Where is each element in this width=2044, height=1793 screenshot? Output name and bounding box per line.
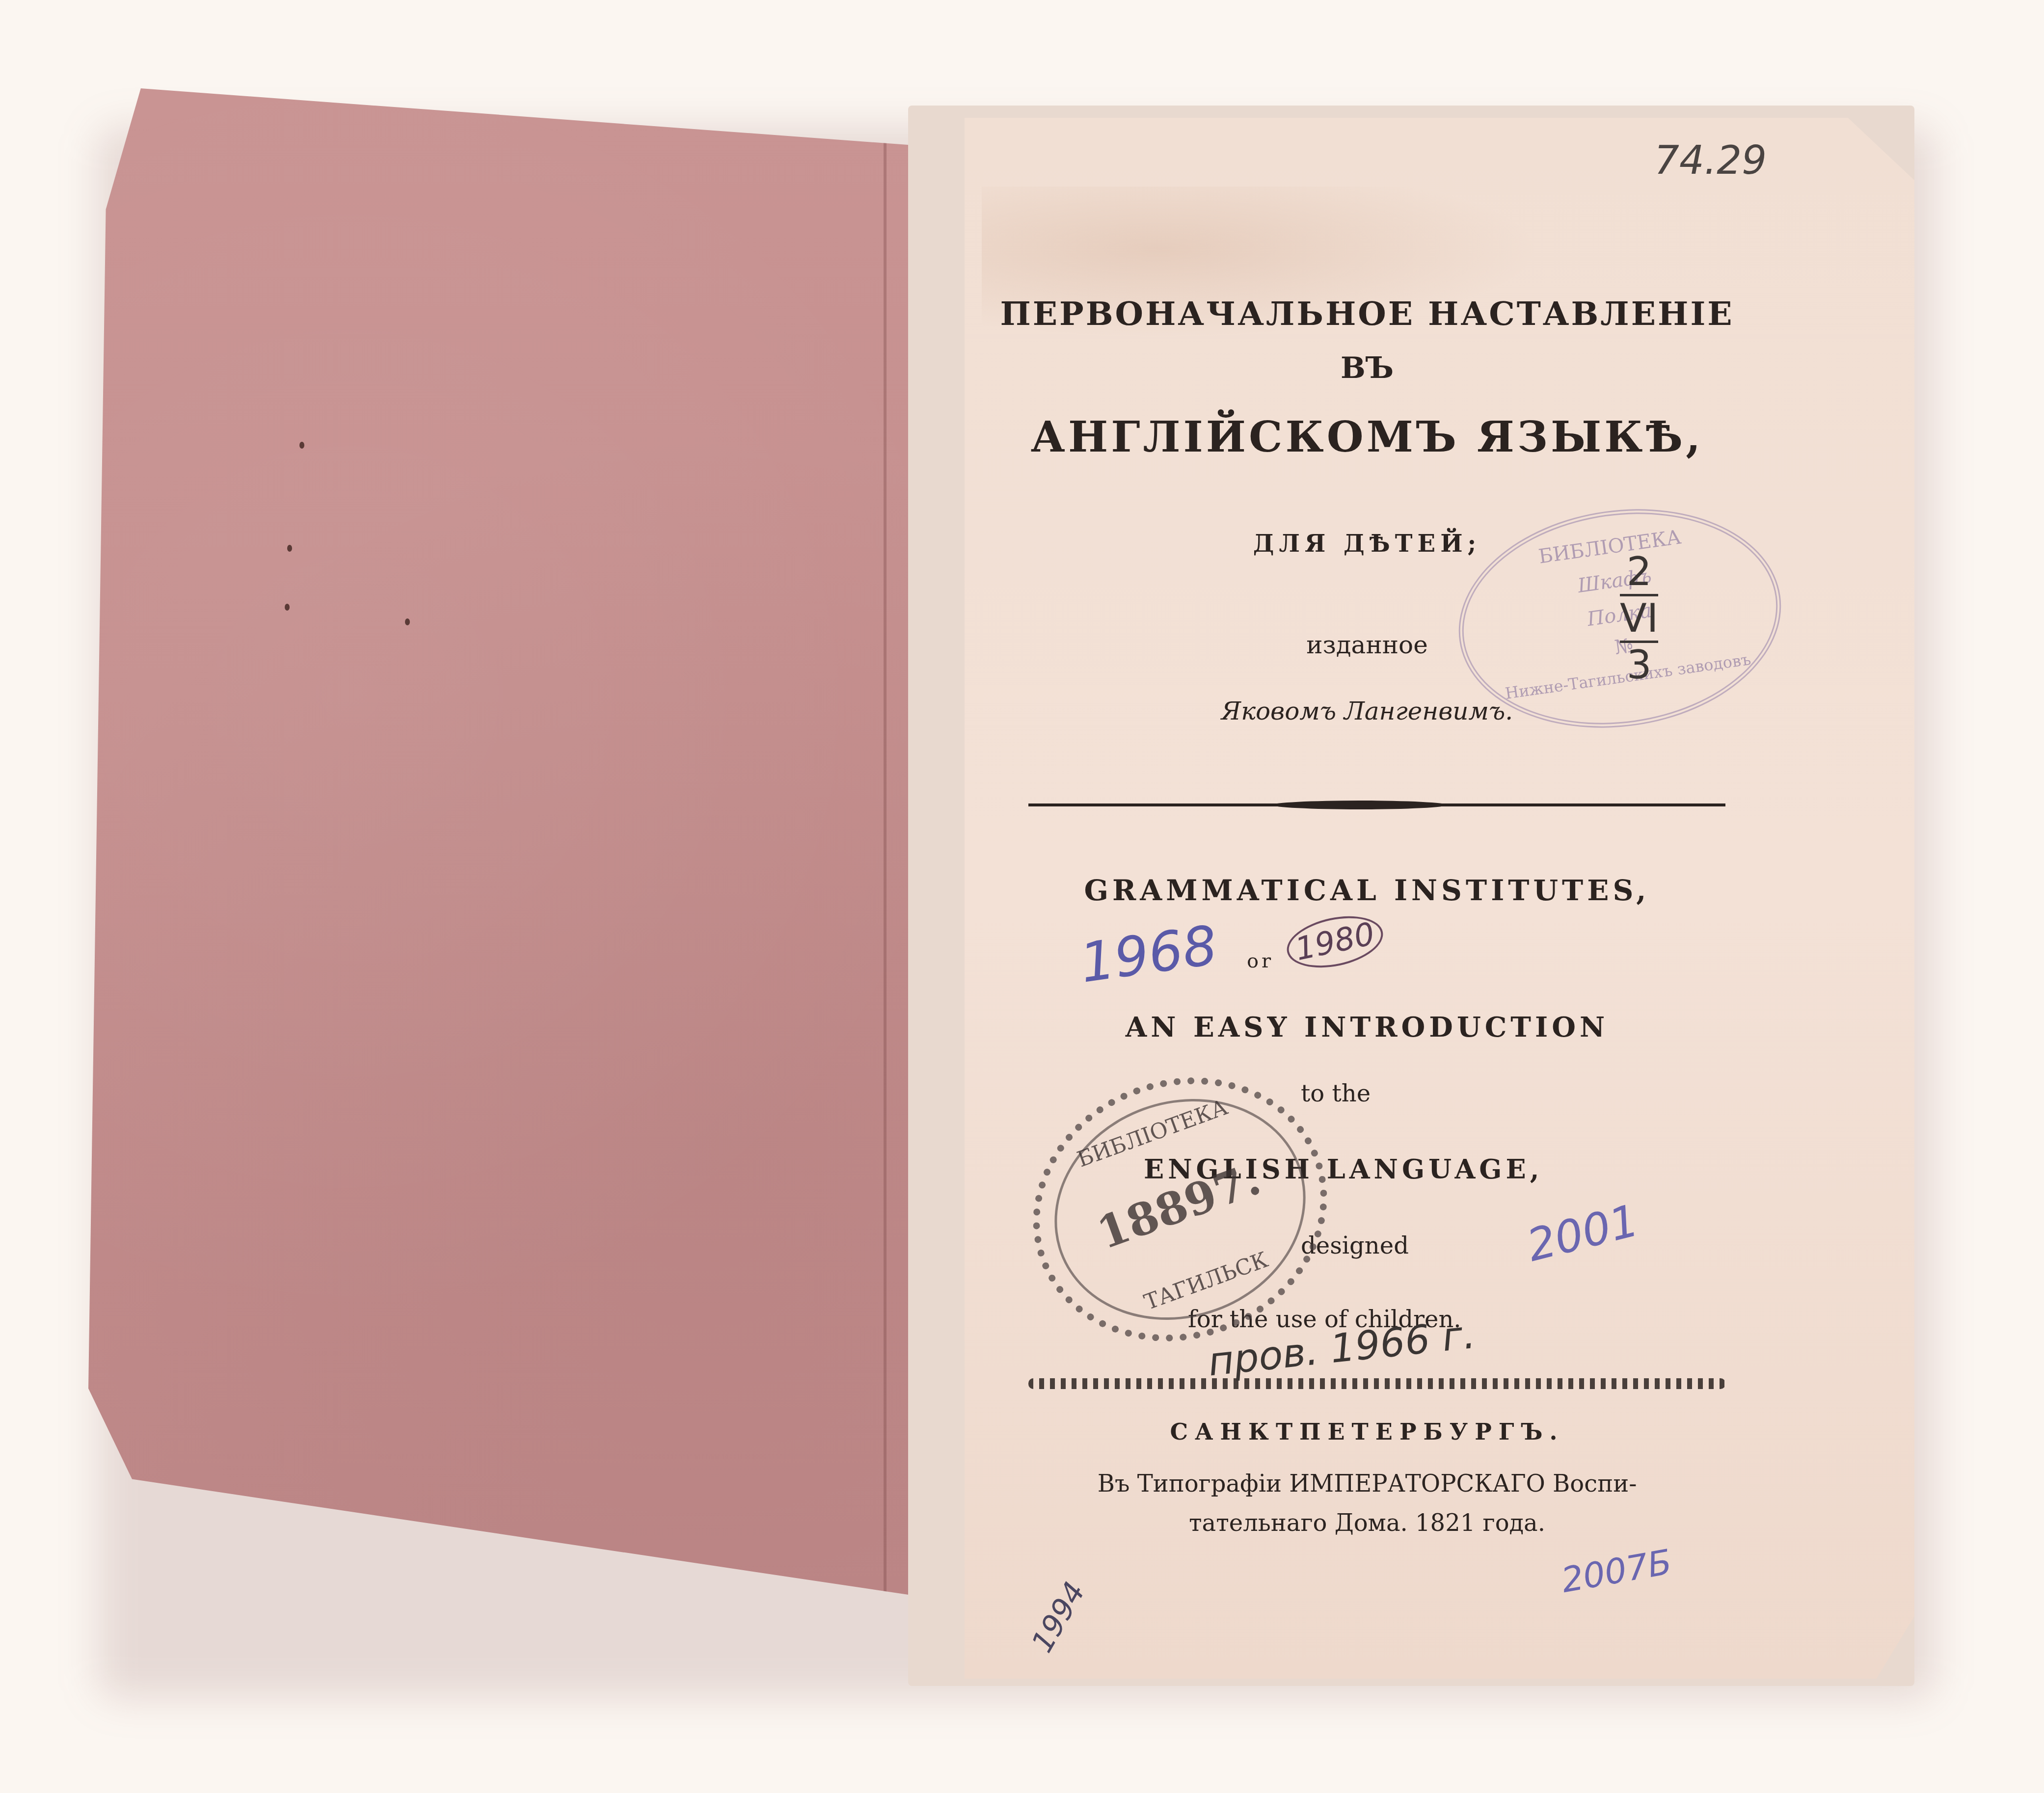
russian-title-line-2: ВЪ [965, 351, 1770, 385]
swelled-rule-divider [1028, 803, 1725, 807]
fraction-top: 2 [1620, 550, 1658, 594]
wavy-rule-divider [1028, 1378, 1725, 1389]
front-cover [88, 88, 962, 1600]
russian-title-line-3: АНГЛІЙСКОМЪ ЯЗЫКѢ, [965, 412, 1770, 462]
cover-texture [88, 88, 962, 1600]
fraction-bottom: 3 [1620, 643, 1658, 687]
binding-hole [285, 604, 290, 611]
fraction-middle: VI [1620, 594, 1658, 643]
imprint-city: САНКТПЕТЕРБУРГЪ. [965, 1418, 1770, 1445]
english-title-line-3: AN EASY INTRODUCTION [965, 1011, 1770, 1044]
binding-hole [299, 442, 304, 449]
imprint-line-1: Въ Типографіи ИМПЕРАТОРСКАГО Воспи- [965, 1470, 1770, 1498]
english-title-line-4: to the [1301, 1080, 1497, 1107]
binding-hole [287, 545, 292, 552]
imprint-line-2: тательнаго Дома. 1821 года. [965, 1509, 1770, 1537]
handwritten-shelf-number: 74.29 [1654, 137, 1767, 183]
cover-fold [884, 118, 887, 1600]
english-title-line-1: GRAMMATICAL INSTITUTES, [965, 874, 1770, 907]
handwritten-fraction-mark: 2 VI 3 [1620, 550, 1658, 687]
russian-title-line-1: ПЕРВОНАЧАЛЬНОЕ НАСТАВЛЕНІЕ [965, 294, 1770, 333]
binding-hole [405, 618, 410, 625]
